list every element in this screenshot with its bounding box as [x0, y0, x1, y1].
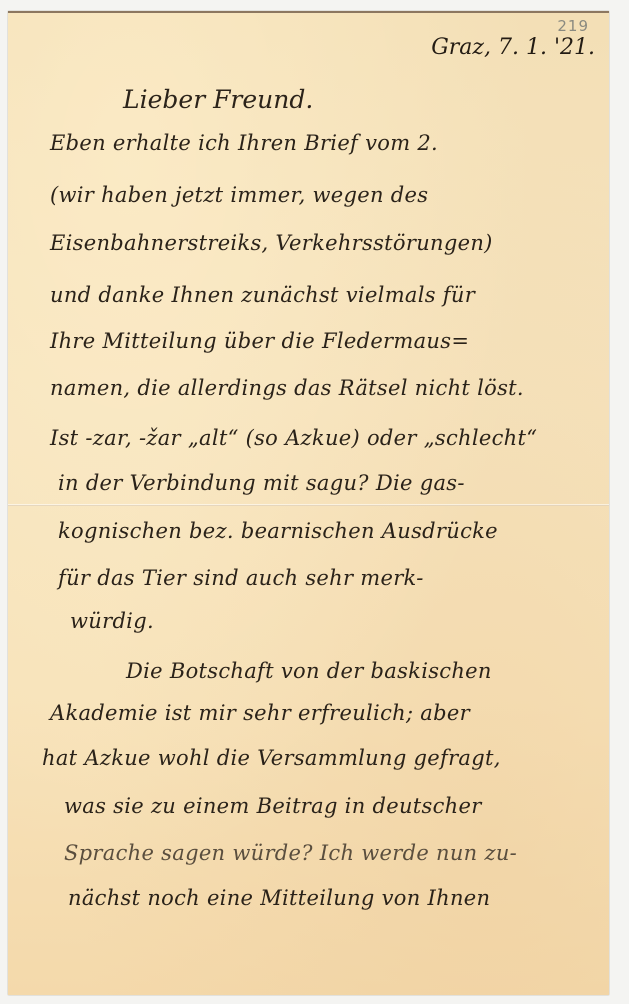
letter-line: Sprache sagen würde? Ich werde nun zu-	[64, 841, 517, 865]
letter-line: Eisenbahnerstreiks, Verkehrsstörungen)	[50, 231, 493, 255]
letter-line: Eben erhalte ich Ihren Brief vom 2.	[50, 131, 438, 155]
letter-line: für das Tier sind auch sehr merk-	[58, 566, 424, 590]
letter-line: nächst noch eine Mitteilung von Ihnen	[68, 886, 490, 910]
letter-line: namen, die allerdings das Rätsel nicht l…	[50, 376, 524, 400]
letter-line: Ihre Mitteilung über die Fledermaus=	[50, 329, 469, 353]
letter-line: Ist -zar, -žar „alt“ (so Azkue) oder „sc…	[50, 426, 537, 450]
letter-line: und danke Ihnen zunächst vielmals für	[50, 283, 475, 307]
paper-fold-line	[8, 504, 609, 506]
dateline: Graz, 7. 1. '21.	[431, 35, 595, 60]
letter-line: hat Azkue wohl die Versammlung gefragt,	[42, 746, 501, 770]
letter-line: kognischen bez. bearnischen Ausdrücke	[58, 519, 498, 543]
letter-line: in der Verbindung mit sagu? Die gas-	[58, 471, 465, 495]
letter-line: was sie zu einem Beitrag in deutscher	[64, 794, 482, 818]
letter-line: Die Botschaft von der baskischen	[126, 659, 492, 683]
archive-number: 219	[557, 17, 589, 35]
salutation: Lieber Freund.	[123, 85, 313, 114]
letter-page: 219 Graz, 7. 1. '21. Lieber Freund. Eben…	[8, 11, 609, 995]
letter-line: Akademie ist mir sehr erfreulich; aber	[50, 701, 470, 725]
letter-line: würdig.	[70, 609, 154, 633]
letter-line: (wir haben jetzt immer, wegen des	[50, 183, 428, 207]
